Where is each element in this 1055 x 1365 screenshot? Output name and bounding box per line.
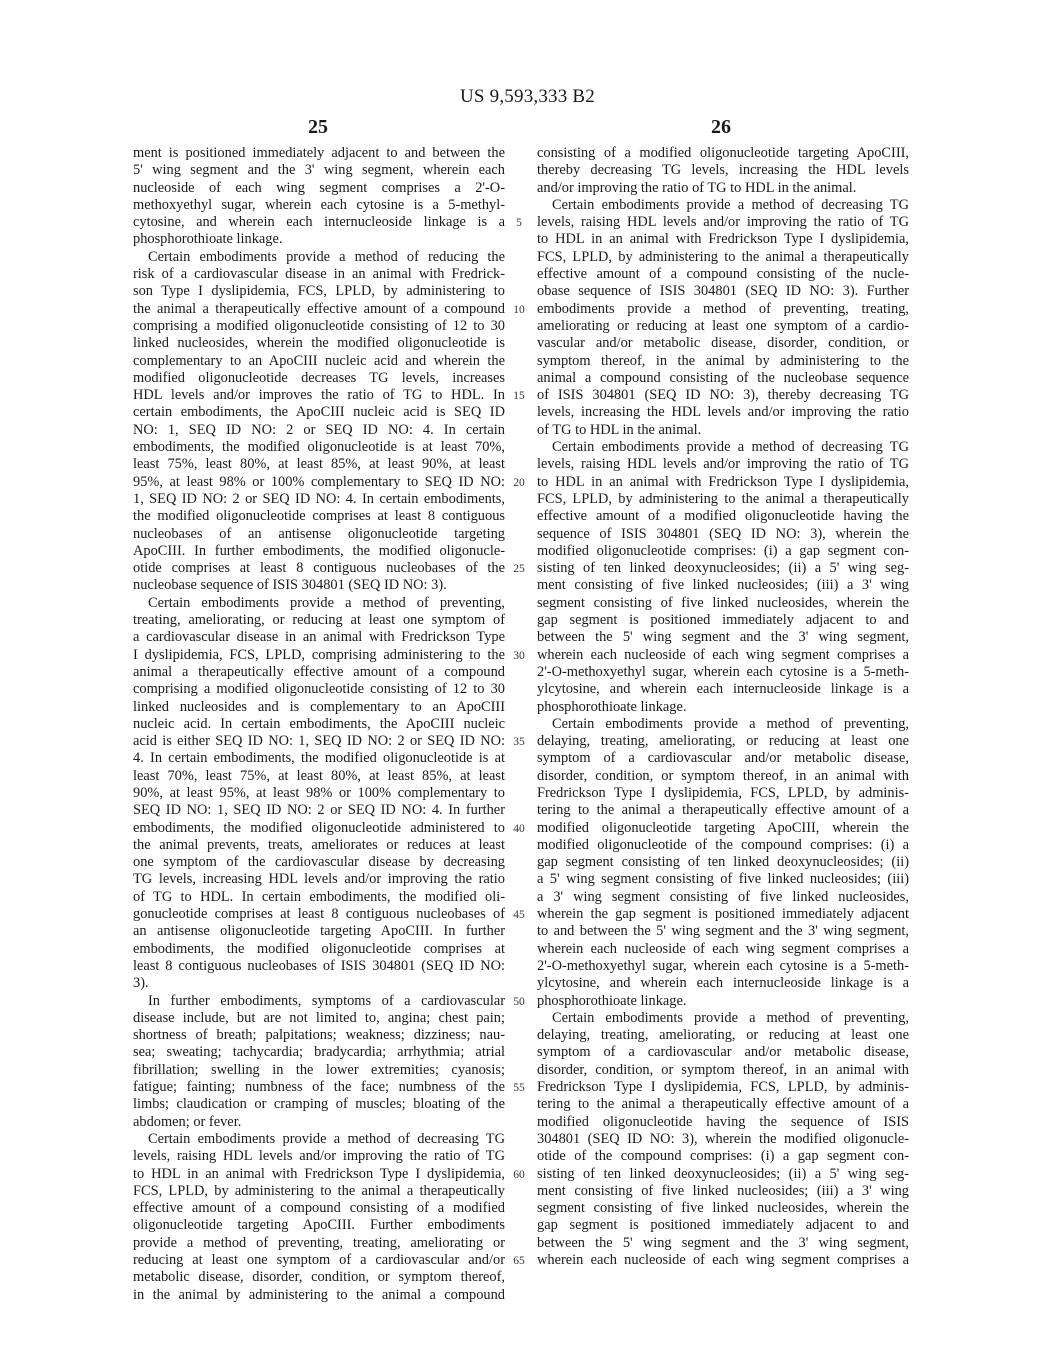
text-line: least 8 contiguous nucleobases of ISIS 3…: [133, 958, 505, 975]
text-line: Fredrickson Type I dyslipidemia, FCS, LP…: [537, 785, 909, 802]
text-line: segment consisting of five linked nucleo…: [537, 595, 909, 612]
text-line: In further embodiments, symptoms of a ca…: [133, 993, 505, 1010]
text-line: phosphorothioate linkage.: [537, 993, 909, 1010]
text-line: delaying, treating, ameliorating, or red…: [537, 733, 909, 750]
text-line: of TG to HDL in the animal.: [537, 422, 909, 439]
text-line: levels, increasing the HDL levels and/or…: [537, 404, 909, 421]
text-line: son Type I dyslipidemia, FCS, LPLD, by a…: [133, 283, 505, 300]
text-line: certain embodiments, the ApoCIII nucleic…: [133, 404, 505, 421]
text-line: complementary to an ApoCIII nucleic acid…: [133, 353, 505, 370]
text-line: thereby decreasing TG levels, increasing…: [537, 162, 909, 179]
text-line: comprising a modified oligonucleotide co…: [133, 318, 505, 335]
text-line: vascular and/or metabolic disease, disor…: [537, 335, 909, 352]
text-line: of TG to HDL. In certain embodiments, th…: [133, 889, 505, 906]
text-line: least 70%, least 75%, at least 80%, at l…: [133, 768, 505, 785]
text-line: Certain embodiments provide a method of …: [537, 197, 909, 214]
column-number-right: 26: [681, 116, 761, 139]
text-line: Certain embodiments provide a method of …: [537, 1010, 909, 1027]
line-number: 55: [507, 1082, 531, 1094]
text-line: between the 5' wing segment and the 3' w…: [537, 1235, 909, 1252]
text-line: Certain embodiments provide a method of …: [537, 439, 909, 456]
text-line: tering to the animal a therapeutically e…: [537, 1096, 909, 1113]
text-line: 304801 (SEQ ID NO: 3), wherein the modif…: [537, 1131, 909, 1148]
text-line: treating, ameliorating, or reducing at l…: [133, 612, 505, 629]
text-line: levels, raising HDL levels and/or improv…: [537, 456, 909, 473]
text-line: nucleoside of each wing segment comprise…: [133, 180, 505, 197]
text-line: Fredrickson Type I dyslipidemia, FCS, LP…: [537, 1079, 909, 1096]
text-line: 90%, at least 95%, at least 98% or 100% …: [133, 785, 505, 802]
text-line: cytosine, and wherein each internucleosi…: [133, 214, 505, 231]
text-line: ApoCIII. In further embodiments, the mod…: [133, 543, 505, 560]
text-line: embodiments, the modified oligonucleotid…: [133, 820, 505, 837]
text-line: disorder, condition, or symptom thereof,…: [537, 1062, 909, 1079]
text-line: in the animal by administering to the an…: [133, 1287, 505, 1304]
text-line: to HDL in an animal with Fredrickson Typ…: [537, 474, 909, 491]
text-line: FCS, LPLD, by administering to the anima…: [133, 1183, 505, 1200]
text-line: FCS, LPLD, by administering to the anima…: [537, 249, 909, 266]
text-line: provide a method of preventing, treating…: [133, 1235, 505, 1252]
text-line: TG levels, increasing HDL levels and/or …: [133, 871, 505, 888]
line-number: 50: [507, 996, 531, 1008]
text-line: sea; sweating; tachycardia; bradycardia;…: [133, 1044, 505, 1061]
text-line: animal a compound consisting of the nucl…: [537, 370, 909, 387]
text-line: between the 5' wing segment and the 3' w…: [537, 629, 909, 646]
text-line: symptom of a cardiovascular and/or metab…: [537, 750, 909, 767]
text-line: a 3' wing segment consisting of five lin…: [537, 889, 909, 906]
text-line: embodiments, the modified oligonucleotid…: [133, 941, 505, 958]
text-line: linked nucleosides, wherein the modified…: [133, 335, 505, 352]
text-line: disease include, but are not limited to,…: [133, 1010, 505, 1027]
text-line: NO: 1, SEQ ID NO: 2 or SEQ ID NO: 4. In …: [133, 422, 505, 439]
text-line: methoxyethyl sugar, wherein each cytosin…: [133, 197, 505, 214]
text-line: Certain embodiments provide a method of …: [133, 1131, 505, 1148]
text-line: Certain embodiments provide a method of …: [537, 716, 909, 733]
text-line: metabolic disease, disorder, condition, …: [133, 1269, 505, 1286]
text-line: wherein each nucleoside of each wing seg…: [537, 647, 909, 664]
text-line: modified oligonucleotide decreases TG le…: [133, 370, 505, 387]
text-line: Certain embodiments provide a method of …: [133, 249, 505, 266]
text-line: sisting of ten linked deoxynucleosides; …: [537, 560, 909, 577]
text-line: animal a therapeutically effective amoun…: [133, 664, 505, 681]
text-line: otide of the compound comprises: (i) a g…: [537, 1148, 909, 1165]
text-line: modified oligonucleotide of the compound…: [537, 837, 909, 854]
text-line: modified oligonucleotide targeting ApoCI…: [537, 820, 909, 837]
text-line: a cardiovascular disease in an animal wi…: [133, 629, 505, 646]
text-line: one symptom of the cardiovascular diseas…: [133, 854, 505, 871]
text-line: of ISIS 304801 (SEQ ID NO: 3), thereby d…: [537, 387, 909, 404]
text-line: effective amount of a modified oligonucl…: [537, 508, 909, 525]
text-line: shortness of breath; palpitations; weakn…: [133, 1027, 505, 1044]
text-line: symptom thereof, in the animal by admini…: [537, 353, 909, 370]
text-line: abdomen; or fever.: [133, 1114, 505, 1131]
text-line: levels, raising HDL levels and/or improv…: [537, 214, 909, 231]
patent-number: US 9,593,333 B2: [0, 86, 1055, 108]
text-line: gonucleotide comprises at least 8 contig…: [133, 906, 505, 923]
text-line: effective amount of a compound consistin…: [133, 1200, 505, 1217]
left-text-column: ment is positioned immediately adjacent …: [133, 145, 505, 1304]
line-number: 15: [507, 390, 531, 402]
text-line: wherein the gap segment is positioned im…: [537, 906, 909, 923]
text-line: disorder, condition, or symptom thereof,…: [537, 768, 909, 785]
text-line: levels, raising HDL levels and/or improv…: [133, 1148, 505, 1165]
text-line: 2'-O-methoxyethyl sugar, wherein each cy…: [537, 958, 909, 975]
text-line: gap segment consisting of ten linked deo…: [537, 854, 909, 871]
text-line: HDL levels and/or improves the ratio of …: [133, 387, 505, 404]
text-line: 4. In certain embodiments, the modified …: [133, 750, 505, 767]
text-line: embodiments provide a method of preventi…: [537, 301, 909, 318]
text-line: modified oligonucleotide having the sequ…: [537, 1114, 909, 1131]
text-line: ment is positioned immediately adjacent …: [133, 145, 505, 162]
text-line: nucleobases of an antisense oligonucleot…: [133, 526, 505, 543]
text-line: reducing at least one symptom of a cardi…: [133, 1252, 505, 1269]
line-number: 30: [507, 650, 531, 662]
text-line: I dyslipidemia, FCS, LPLD, comprising ad…: [133, 647, 505, 664]
text-line: 1, SEQ ID NO: 2 or SEQ ID NO: 4. In cert…: [133, 491, 505, 508]
text-line: modified oligonucleotide comprises: (i) …: [537, 543, 909, 560]
text-line: to and between the 5' wing segment and t…: [537, 923, 909, 940]
text-line: fatigue; fainting; numbness of the face;…: [133, 1079, 505, 1096]
text-line: consisting of a modified oligonucleotide…: [537, 145, 909, 162]
text-line: 5' wing segment and the 3' wing segment,…: [133, 162, 505, 179]
line-number: 45: [507, 909, 531, 921]
text-line: wherein each nucleoside of each wing seg…: [537, 941, 909, 958]
line-number: 5: [507, 217, 531, 229]
text-line: the animal prevents, treats, ameliorates…: [133, 837, 505, 854]
text-line: ameliorating or reducing at least one sy…: [537, 318, 909, 335]
text-line: segment consisting of five linked nucleo…: [537, 1200, 909, 1217]
text-line: risk of a cardiovascular disease in an a…: [133, 266, 505, 283]
line-number: 20: [507, 477, 531, 489]
text-line: sisting of ten linked deoxynucleosides; …: [537, 1166, 909, 1183]
text-line: SEQ ID NO: 1, SEQ ID NO: 2 or SEQ ID NO:…: [133, 802, 505, 819]
text-line: ylcytosine, and wherein each internucleo…: [537, 975, 909, 992]
column-number-left: 25: [278, 116, 358, 139]
text-line: nucleic acid. In certain embodiments, th…: [133, 716, 505, 733]
text-line: FCS, LPLD, by administering to the anima…: [537, 491, 909, 508]
text-line: linked nucleosides and is complementary …: [133, 699, 505, 716]
text-line: embodiments, the modified oligonucleotid…: [133, 439, 505, 456]
text-line: limbs; claudication or cramping of muscl…: [133, 1096, 505, 1113]
text-line: fibrillation; swelling in the lower extr…: [133, 1062, 505, 1079]
text-line: acid is either SEQ ID NO: 1, SEQ ID NO: …: [133, 733, 505, 750]
text-line: delaying, treating, ameliorating, or red…: [537, 1027, 909, 1044]
line-number: 25: [507, 563, 531, 575]
text-line: 3).: [133, 975, 505, 992]
text-line: Certain embodiments provide a method of …: [133, 595, 505, 612]
text-line: phosphorothioate linkage.: [537, 699, 909, 716]
text-line: ylcytosine, and wherein each internucleo…: [537, 681, 909, 698]
text-line: 95%, at least 98% or 100% complementary …: [133, 474, 505, 491]
text-line: oligonucleotide targeting ApoCIII. Furth…: [133, 1217, 505, 1234]
line-number: 35: [507, 736, 531, 748]
text-line: sequence of ISIS 304801 (SEQ ID NO: 3), …: [537, 526, 909, 543]
text-line: to HDL in an animal with Fredrickson Typ…: [133, 1166, 505, 1183]
text-line: otide comprises at least 8 contiguous nu…: [133, 560, 505, 577]
text-line: nucleobase sequence of ISIS 304801 (SEQ …: [133, 577, 505, 594]
text-line: least 75%, least 80%, at least 85%, at l…: [133, 456, 505, 473]
text-line: ment consisting of five linked nucleosid…: [537, 1183, 909, 1200]
text-line: an antisense oligonucleotide targeting A…: [133, 923, 505, 940]
text-line: a 5' wing segment consisting of five lin…: [537, 871, 909, 888]
text-line: symptom of a cardiovascular and/or metab…: [537, 1044, 909, 1061]
text-line: ment consisting of five linked nucleosid…: [537, 577, 909, 594]
text-line: wherein each nucleoside of each wing seg…: [537, 1252, 909, 1269]
right-text-column: consisting of a modified oligonucleotide…: [537, 145, 909, 1269]
text-line: effective amount of a compound consistin…: [537, 266, 909, 283]
text-line: obase sequence of ISIS 304801 (SEQ ID NO…: [537, 283, 909, 300]
text-line: the animal a therapeutically effective a…: [133, 301, 505, 318]
text-line: 2'-O-methoxyethyl sugar, wherein each cy…: [537, 664, 909, 681]
text-line: phosphorothioate linkage.: [133, 231, 505, 248]
line-number: 60: [507, 1169, 531, 1181]
line-number: 10: [507, 304, 531, 316]
line-number: 65: [507, 1255, 531, 1267]
text-line: tering to the animal a therapeutically e…: [537, 802, 909, 819]
line-number: 40: [507, 823, 531, 835]
text-line: and/or improving the ratio of TG to HDL …: [537, 180, 909, 197]
text-line: to HDL in an animal with Fredrickson Typ…: [537, 231, 909, 248]
text-line: gap segment is positioned immediately ad…: [537, 612, 909, 629]
text-line: the modified oligonucleotide comprises a…: [133, 508, 505, 525]
text-line: comprising a modified oligonucleotide co…: [133, 681, 505, 698]
text-line: gap segment is positioned immediately ad…: [537, 1217, 909, 1234]
